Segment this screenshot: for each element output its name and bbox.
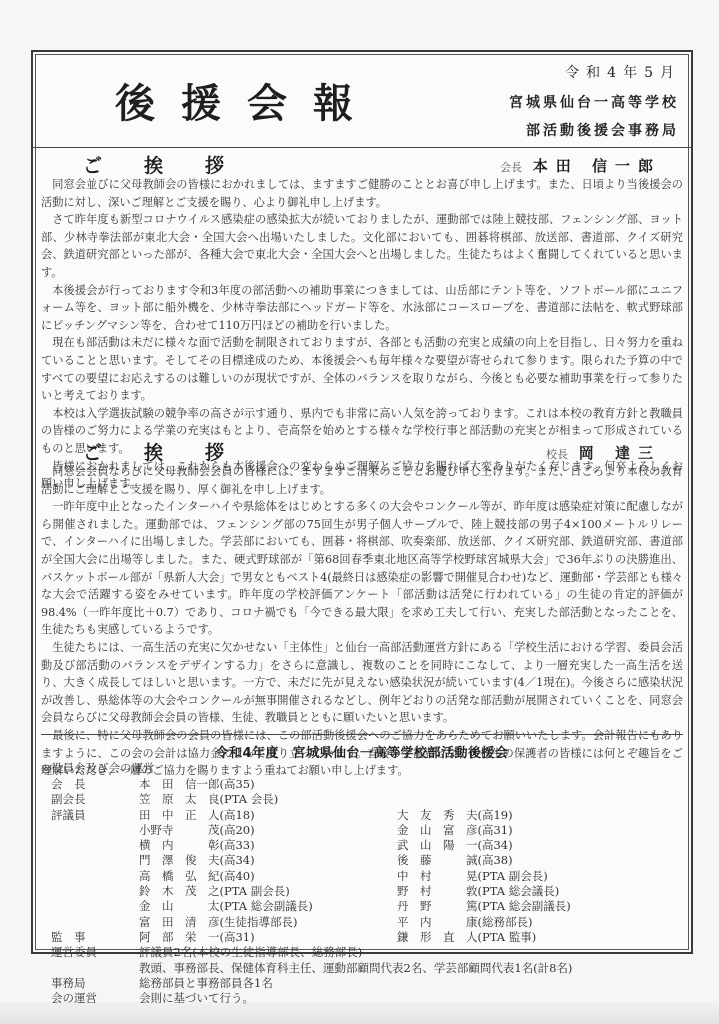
greeting-2-heading: ご挨拶 校長 岡 達三 bbox=[33, 438, 691, 464]
roster-title: 令和4年度 宮城県仙台一高等学校部活動後援会 bbox=[33, 742, 691, 761]
member-left: 小野寺 茂(高20) bbox=[139, 823, 255, 838]
member-left: 笠 原 太 良(PTA 会長) bbox=[139, 792, 278, 807]
paragraph: 同窓会並びに父母教師会の皆様におかれましては、ますますご健勝のこととお喜び申し上… bbox=[41, 176, 683, 211]
role-label: 会 長 bbox=[51, 777, 121, 792]
roster-row: 副会長笠 原 太 良(PTA 会長) bbox=[51, 792, 683, 807]
paragraph: 一昨年度中止となったインターハイや県総体をはじめとする多くの大会やコンクール等が… bbox=[41, 498, 683, 639]
role-label: 会の運営 bbox=[51, 991, 121, 1006]
greeting-2-body: 同窓会会員ならびに父母教師会会員の皆様には、ますますご清栄のこととお慶び申し上げ… bbox=[41, 463, 683, 780]
roster-row: 富 田 清 彦(生徒指導部長)平 内 康(総務部長) bbox=[51, 915, 683, 930]
member-detail: 総務部員と事務部員各1名 bbox=[139, 976, 273, 991]
signer-role: 校長 bbox=[546, 448, 568, 461]
member-detail: 評議員2名(本校の生徒指導部長、総務部長) bbox=[139, 945, 362, 960]
greeting-1-title: ご挨拶 bbox=[83, 151, 266, 178]
roster-row: 高 橋 弘 紀(高40)中 村 晃(PTA 副会長) bbox=[51, 869, 683, 884]
newsletter-frame: 後援会報 令和4年5月 宮城県仙台一高等学校 部活動後援会事務局 ご挨拶 会長 … bbox=[31, 50, 693, 954]
greeting-2-signer: 校長 岡 達三 bbox=[546, 442, 661, 463]
role-label: 副会長 bbox=[51, 792, 121, 807]
paragraph: さて昨年度も新型コロナウイルス感染症の感染拡大が続いておりましたが、運動部では陸… bbox=[41, 211, 683, 281]
member-right: 中 村 晃(PTA 副会長) bbox=[397, 869, 548, 884]
newsletter-header: 後援会報 令和4年5月 宮城県仙台一高等学校 部活動後援会事務局 bbox=[33, 52, 691, 148]
roster-row: 教頭、事務部長、保健体育科主任、運動部顧問代表2名、学芸部顧問代表1名(計8名) bbox=[51, 961, 683, 976]
section-divider bbox=[41, 734, 683, 735]
member-right: 金 山 富 彦(高31) bbox=[397, 823, 513, 838]
roster-section-heading: ◎役員会及び会の運営 bbox=[41, 760, 155, 776]
roster-row: 運営委員評議員2名(本校の生徒指導部長、総務部長) bbox=[51, 945, 683, 960]
member-right: 大 友 秀 夫(高19) bbox=[397, 808, 513, 823]
member-right: 武 山 陽 一(高34) bbox=[397, 838, 513, 853]
paragraph: 本後援会が行っております令和3年度の部活動への補助事業につきましては、山岳部にテ… bbox=[41, 282, 683, 335]
newsletter-title: 後援会報 bbox=[115, 72, 379, 129]
school-name: 宮城県仙台一高等学校 bbox=[509, 92, 679, 112]
member-left: 鈴 木 茂 之(PTA 副会長) bbox=[139, 884, 290, 899]
greeting-1-heading: ご挨拶 会長 本田 信一郎 bbox=[33, 151, 691, 177]
roster-row: 鈴 木 茂 之(PTA 副会長)野 村 敦(PTA 総会議長) bbox=[51, 884, 683, 899]
paragraph: 現在も部活動は未だに様々な面で活動を制限されておりますが、各部とも活動の充実と成… bbox=[41, 334, 683, 404]
member-detail: 教頭、事務部長、保健体育科主任、運動部顧問代表2名、学芸部顧問代表1名(計8名) bbox=[139, 961, 572, 976]
member-right: 鎌 形 直 人(PTA 監事) bbox=[397, 930, 536, 945]
member-left: 富 田 清 彦(生徒指導部長) bbox=[139, 915, 297, 930]
role-label: 監 事 bbox=[51, 930, 121, 945]
signer-name: 岡 達三 bbox=[579, 444, 661, 462]
signer-name: 本田 信一郎 bbox=[533, 157, 661, 175]
member-left: 金 山 太(PTA 総会副議長) bbox=[139, 899, 313, 914]
member-left: 本 田 信一郎(高35) bbox=[139, 777, 255, 792]
roster-row: 会の運営会則に基づいて行う。 bbox=[51, 991, 683, 1006]
roster-row: 評議員田 中 正 人(高18)大 友 秀 夫(高19) bbox=[51, 808, 683, 823]
paragraph: 同窓会会員ならびに父母教師会会員の皆様には、ますますご清栄のこととお慶び申し上げ… bbox=[41, 463, 683, 498]
roster-row: 監 事阿 部 栄 一(高31)鎌 形 直 人(PTA 監事) bbox=[51, 930, 683, 945]
roster-row: 事務局総務部員と事務部員各1名 bbox=[51, 976, 683, 991]
member-left: 門 澤 俊 夫(高34) bbox=[139, 853, 255, 868]
member-left: 高 橋 弘 紀(高40) bbox=[139, 869, 255, 884]
signer-role: 会長 bbox=[500, 161, 522, 174]
roster-row: 横 内 彰(高33)武 山 陽 一(高34) bbox=[51, 838, 683, 853]
publisher-office: 部活動後援会事務局 bbox=[526, 120, 679, 140]
member-right: 後 藤 誠(高38) bbox=[397, 853, 513, 868]
roster-row: 会 長本 田 信一郎(高35) bbox=[51, 777, 683, 792]
role-label: 評議員 bbox=[51, 808, 121, 823]
roster-row: 金 山 太(PTA 総会副議長)丹 野 篤(PTA 総会副議長) bbox=[51, 899, 683, 914]
member-right: 野 村 敦(PTA 総会議長) bbox=[397, 884, 559, 899]
officer-roster: 会 長本 田 信一郎(高35) 副会長笠 原 太 良(PTA 会長) 評議員田 … bbox=[51, 777, 683, 1006]
role-label: 運営委員 bbox=[51, 945, 121, 960]
roster-row: 小野寺 茂(高20)金 山 富 彦(高31) bbox=[51, 823, 683, 838]
member-left: 阿 部 栄 一(高31) bbox=[139, 930, 255, 945]
member-right: 丹 野 篤(PTA 総会副議長) bbox=[397, 899, 571, 914]
member-right: 平 内 康(総務部長) bbox=[397, 915, 532, 930]
greeting-2-title: ご挨拶 bbox=[83, 438, 266, 465]
greeting-1-signer: 会長 本田 信一郎 bbox=[500, 155, 661, 176]
member-detail: 会則に基づいて行う。 bbox=[139, 991, 254, 1006]
issue-date: 令和4年5月 bbox=[565, 62, 681, 82]
member-left: 田 中 正 人(高18) bbox=[139, 808, 255, 823]
paragraph: 生徒たちには、一高生活の充実に欠かせない「主体性」と仙台一高部活動運営方針にある… bbox=[41, 639, 683, 727]
roster-row: 門 澤 俊 夫(高34)後 藤 誠(高38) bbox=[51, 853, 683, 868]
member-left: 横 内 彰(高33) bbox=[139, 838, 255, 853]
role-label: 事務局 bbox=[51, 976, 121, 991]
